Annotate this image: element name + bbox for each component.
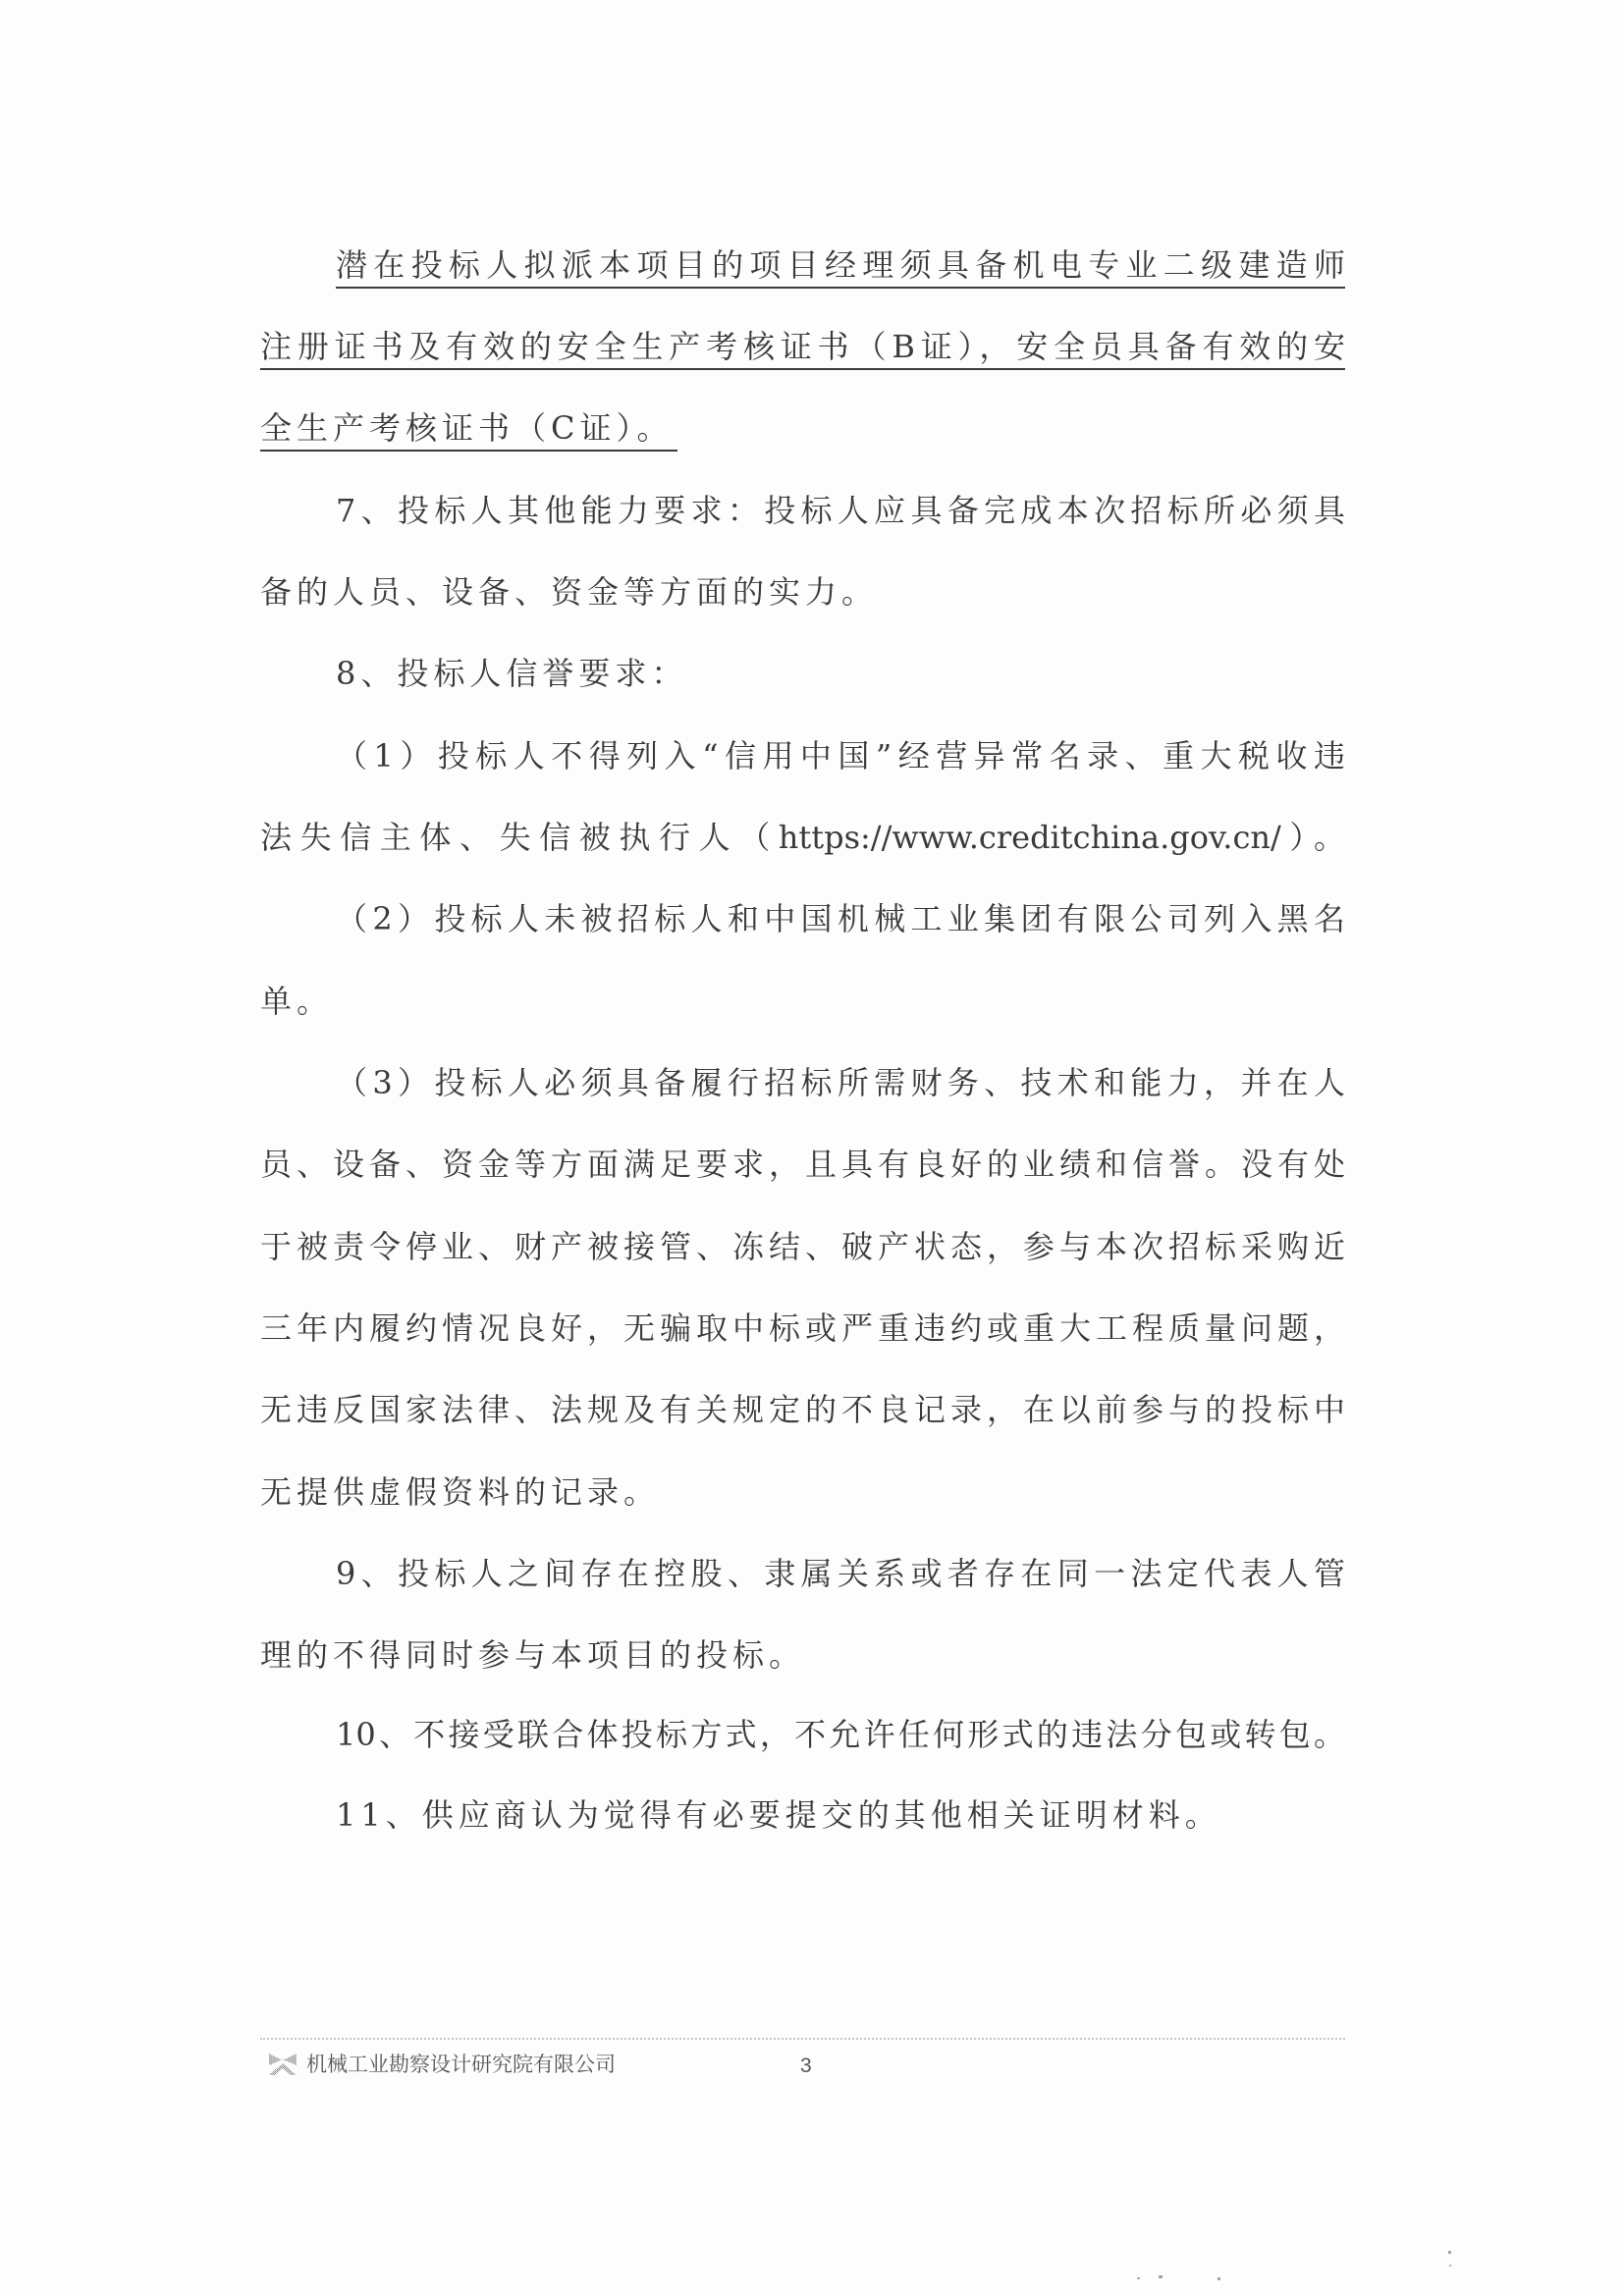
text-line: 全生产考核证书（C证）。 (260, 406, 677, 452)
text-line: 9、投标人之间存在控股、隶属关系或者存在同一法定代表人管 (336, 1552, 1345, 1595)
scan-speck (1137, 2277, 1140, 2279)
text-line: 员、设备、资金等方面满足要求，且具有良好的业绩和信誉。没有处 (260, 1143, 1345, 1186)
text-line: 7、投标人其他能力要求：投标人应具备完成本次招标所必须具 (336, 489, 1345, 532)
page-number: 3 (800, 2052, 812, 2081)
text-line: （2）投标人未被招标人和中国机械工业集团有限公司列入黑名 (336, 897, 1345, 940)
text-line: 单。 (260, 980, 1345, 1023)
scan-speck (1217, 2277, 1220, 2280)
text-line: （3）投标人必须具备履行招标所需财务、技术和能力，并在人 (336, 1061, 1345, 1104)
scan-speck (1159, 2275, 1163, 2278)
text-line: （1）投标人不得列入“信用中国”经营异常名录、重大税收违 (336, 734, 1345, 777)
footer-company-name: 机械工业勘察设计研究院有限公司 (306, 2050, 616, 2079)
scan-speck (1449, 2265, 1451, 2267)
text-line: 备的人员、设备、资金等方面的实力。 (260, 570, 1345, 614)
text-line: 三年内履约情况良好，无骗取中标或严重违约或重大工程质量问题， (260, 1307, 1345, 1350)
text-line: 无违反国家法律、法规及有关规定的不良记录，在以前参与的投标中 (260, 1388, 1345, 1431)
scan-speck (1448, 2251, 1451, 2254)
footer-divider (260, 2038, 1345, 2040)
text-line: 无提供虚假资料的记录。 (260, 1470, 1345, 1514)
text-line: 于被责令停业、财产被接管、冻结、破产状态，参与本次招标采购近 (260, 1225, 1345, 1268)
text-line: 11、供应商认为觉得有必要提交的其他相关证明材料。 (336, 1793, 1345, 1837)
company-logo-icon (267, 2052, 298, 2077)
document-page: 潜在投标人拟派本项目的项目经理须具备机电专业二级建造师 注册证书及有效的安全生产… (0, 0, 1623, 2296)
text-line: 10、不接受联合体投标方式，不允许任何形式的违法分包或转包。 (336, 1713, 1345, 1756)
text-line: 潜在投标人拟派本项目的项目经理须具备机电专业二级建造师 (336, 243, 1345, 289)
text-line: 法失信主体、失信被执行人（https://www.creditchina.gov… (260, 816, 1345, 859)
text-line: 理的不得同时参与本项目的投标。 (260, 1633, 1345, 1677)
text-line: 8、投标人信誉要求： (336, 652, 1345, 695)
text-line: 注册证书及有效的安全生产考核证书（B证），安全员具备有效的安 (260, 325, 1345, 370)
